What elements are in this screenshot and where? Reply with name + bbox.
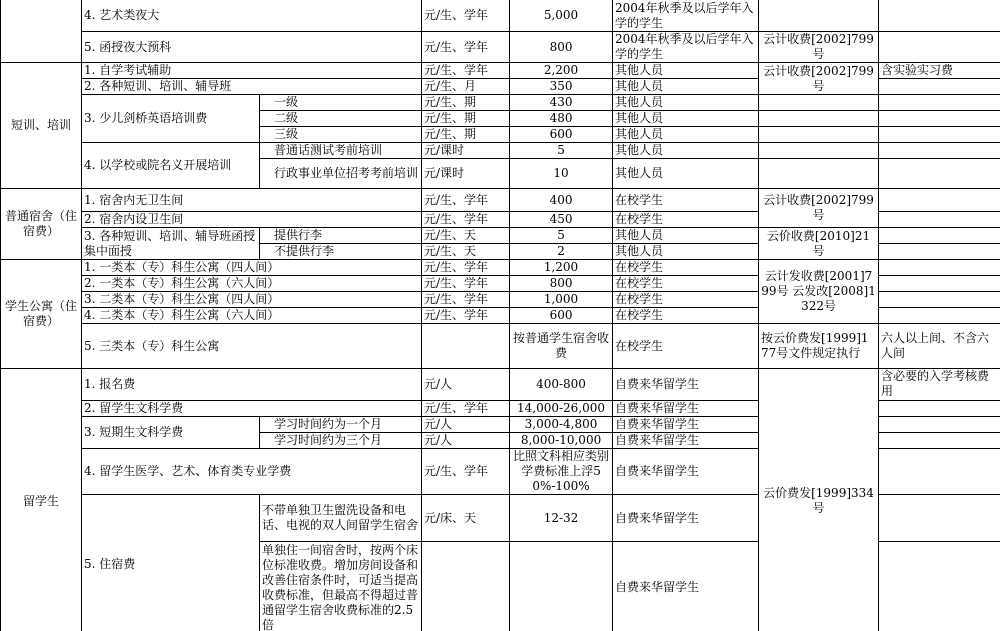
target-cell: 其他人员 <box>613 95 759 111</box>
price-cell: 800 <box>510 32 613 63</box>
unit-cell: 元/课时 <box>422 159 510 189</box>
note-cell <box>879 212 1000 228</box>
doc-cell: 云计收费[2002]799号 <box>759 32 879 63</box>
table-row: 留学生 1. 报名费 元/人 400-800 自费来华留学生 云价费发[1999… <box>1 369 1000 401</box>
price-cell: 2,200 <box>510 63 613 79</box>
note-cell <box>879 143 1000 159</box>
sub-item-cell: 不带单独卫生盥洗设备和电话、电视的双人间留学生宿舍 <box>260 495 422 542</box>
target-cell: 自费来华留学生 <box>613 449 759 495</box>
unit-cell: 元/生、学年 <box>422 308 510 324</box>
doc-cell <box>759 111 879 127</box>
category-cell: 短训、培训 <box>1 63 82 189</box>
table-row: 短训、培训 1. 自学考试辅助 元/生、学年 2,200 其他人员 云计收费[2… <box>1 63 1000 79</box>
doc-cell: 云价费发[1999]334号 <box>759 369 879 631</box>
price-cell: 450 <box>510 212 613 228</box>
sub-item-cell: 一级 <box>260 95 422 111</box>
table-row: 4. 艺术类夜大 元/生、学年 5,000 2004年秋季及以后学年入学的学生 <box>1 0 1000 32</box>
item-cell: 3. 少儿剑桥英语培训费 <box>82 95 260 143</box>
unit-cell: 元/生、学年 <box>422 260 510 276</box>
table-row: 学生公寓（住宿费） 1. 一类本（专）科生公寓（四人间） 元/生、学年 1,20… <box>1 260 1000 276</box>
note-cell <box>879 0 1000 32</box>
item-cell: 1. 自学考试辅助 <box>82 63 422 79</box>
price-cell: 480 <box>510 111 613 127</box>
category-cell: 普通宿舍（住宿费） <box>1 189 82 260</box>
price-cell: 比照文科相应类别学费标准上浮50%-100% <box>510 449 613 495</box>
table-row: 5. 函授夜大预科 元/生、学年 800 2004年秋季及以后学年入学的学生 云… <box>1 32 1000 63</box>
unit-cell: 元/生、学年 <box>422 32 510 63</box>
item-cell: 5. 三类本（专）科生公寓 <box>82 324 422 369</box>
unit-cell: 元/人 <box>422 417 510 433</box>
target-cell: 自费来华留学生 <box>613 495 759 542</box>
target-cell: 在校学生 <box>613 308 759 324</box>
category-cell <box>1 0 82 63</box>
table-row: 4. 以学校或院名义开展培训 普通话测试考前培训 元/课时 5 其他人员 <box>1 143 1000 159</box>
unit-cell: 元/生、学年 <box>422 292 510 308</box>
note-cell <box>879 292 1000 308</box>
item-cell: 1. 宿舍内无卫生间 <box>82 189 422 212</box>
doc-cell <box>759 0 879 32</box>
unit-cell: 元/生、学年 <box>422 63 510 79</box>
note-cell <box>879 401 1000 417</box>
note-cell <box>879 189 1000 212</box>
unit-cell: 元/生、天 <box>422 244 510 260</box>
note-cell <box>879 159 1000 189</box>
category-cell: 学生公寓（住宿费） <box>1 260 82 369</box>
target-cell: 自费来华留学生 <box>613 369 759 401</box>
price-cell: 8,000-10,000 <box>510 433 613 449</box>
target-cell: 在校学生 <box>613 212 759 228</box>
item-cell: 5. 住宿费 <box>82 495 260 631</box>
price-cell: 600 <box>510 308 613 324</box>
note-cell <box>879 95 1000 111</box>
price-cell: 10 <box>510 159 613 189</box>
note-cell <box>879 433 1000 449</box>
unit-cell: 元/生、天 <box>422 228 510 244</box>
note-cell <box>879 127 1000 143</box>
doc-cell <box>759 127 879 143</box>
target-cell: 其他人员 <box>613 159 759 189</box>
unit-cell: 元/人 <box>422 369 510 401</box>
price-cell: 800 <box>510 276 613 292</box>
price-cell: 3,000-4,800 <box>510 417 613 433</box>
unit-cell: 元/生、期 <box>422 127 510 143</box>
note-cell <box>879 417 1000 433</box>
sub-item-cell: 三级 <box>260 127 422 143</box>
sub-item-cell: 学习时间约为三个月 <box>260 433 422 449</box>
table-row: 5. 三类本（专）科生公寓 按普通学生宿舍收费 在校学生 按云价费发[1999]… <box>1 324 1000 369</box>
sub-item-cell: 提供行李 <box>260 228 422 244</box>
item-cell: 2. 留学生文科学费 <box>82 401 422 417</box>
doc-cell: 云计收费[2002]799号 <box>759 189 879 228</box>
sub-item-cell: 不提供行李 <box>260 244 422 260</box>
item-cell: 1. 一类本（专）科生公寓（四人间） <box>82 260 422 276</box>
target-cell: 2004年秋季及以后学年入学的学生 <box>613 32 759 63</box>
item-cell: 5. 函授夜大预科 <box>82 32 422 63</box>
doc-cell: 云计发收费[2001]799号 云发改[2008]1322号 <box>759 260 879 324</box>
item-cell: 4. 以学校或院名义开展培训 <box>82 143 260 189</box>
unit-cell: 元/课时 <box>422 143 510 159</box>
doc-cell: 云计收费[2002]799号 <box>759 63 879 95</box>
item-cell: 4. 艺术类夜大 <box>82 0 422 32</box>
table-row: 3. 各种短训、培训、辅导班函授集中面授 提供行李 元/生、天 5 其他人员 云… <box>1 228 1000 244</box>
price-cell: 14,000-26,000 <box>510 401 613 417</box>
doc-cell <box>759 95 879 111</box>
item-cell: 2. 各种短训、培训、辅导班 <box>82 79 422 95</box>
sub-item-cell: 单独住一间宿舍时，按两个床位标准收费。增加房间设备和改善住宿条件时，可适当提高收… <box>260 542 422 631</box>
note-cell <box>879 308 1000 324</box>
target-cell: 自费来华留学生 <box>613 542 759 631</box>
note-cell <box>879 79 1000 95</box>
target-cell: 在校学生 <box>613 189 759 212</box>
unit-cell: 元/生、学年 <box>422 449 510 495</box>
price-cell: 430 <box>510 95 613 111</box>
item-cell: 1. 报名费 <box>82 369 422 401</box>
price-cell: 2 <box>510 244 613 260</box>
unit-cell: 元/生、期 <box>422 111 510 127</box>
target-cell: 其他人员 <box>613 143 759 159</box>
target-cell: 在校学生 <box>613 260 759 276</box>
item-cell: 3. 短期生文科学费 <box>82 417 260 449</box>
doc-cell: 按云价费发[1999]177号文件规定执行 <box>759 324 879 369</box>
price-cell: 5,000 <box>510 0 613 32</box>
table-row: 普通宿舍（住宿费） 1. 宿舍内无卫生间 元/生、学年 400 在校学生 云计收… <box>1 189 1000 212</box>
target-cell: 其他人员 <box>613 111 759 127</box>
unit-cell: 元/生、学年 <box>422 276 510 292</box>
note-cell <box>879 276 1000 292</box>
target-cell: 其他人员 <box>613 127 759 143</box>
category-cell: 留学生 <box>1 369 82 631</box>
target-cell: 在校学生 <box>613 292 759 308</box>
target-cell: 其他人员 <box>613 63 759 79</box>
note-cell <box>879 111 1000 127</box>
price-cell: 12-32 <box>510 495 613 542</box>
target-cell: 其他人员 <box>613 228 759 244</box>
price-cell <box>510 542 613 631</box>
doc-cell <box>759 159 879 189</box>
note-cell <box>879 260 1000 276</box>
price-cell: 350 <box>510 79 613 95</box>
target-cell: 2004年秋季及以后学年入学的学生 <box>613 0 759 32</box>
unit-cell: 元/人 <box>422 433 510 449</box>
unit-cell <box>422 542 510 631</box>
note-cell <box>879 228 1000 244</box>
table-row: 3. 少儿剑桥英语培训费 一级 元/生、期 430 其他人员 <box>1 95 1000 111</box>
item-cell: 2. 一类本（专）科生公寓（六人间） <box>82 276 422 292</box>
unit-cell: 元/床、天 <box>422 495 510 542</box>
unit-cell: 元/生、学年 <box>422 189 510 212</box>
note-cell: 六人以上间、不含六人间 <box>879 324 1000 369</box>
note-cell <box>879 244 1000 260</box>
price-cell: 400-800 <box>510 369 613 401</box>
unit-cell: 元/生、月 <box>422 79 510 95</box>
price-cell: 600 <box>510 127 613 143</box>
item-cell: 3. 二类本（专）科生公寓（四人间） <box>82 292 422 308</box>
unit-cell <box>422 324 510 369</box>
unit-cell: 元/生、学年 <box>422 401 510 417</box>
target-cell: 其他人员 <box>613 79 759 95</box>
sub-item-cell: 学习时间约为一个月 <box>260 417 422 433</box>
target-cell: 自费来华留学生 <box>613 433 759 449</box>
doc-cell: 云价收费[2010]21号 <box>759 228 879 260</box>
item-cell: 4. 二类本（专）科生公寓（六人间） <box>82 308 422 324</box>
target-cell: 自费来华留学生 <box>613 417 759 433</box>
doc-cell <box>759 143 879 159</box>
note-cell <box>879 32 1000 63</box>
note-cell <box>879 542 1000 631</box>
target-cell: 其他人员 <box>613 244 759 260</box>
unit-cell: 元/生、学年 <box>422 0 510 32</box>
target-cell: 自费来华留学生 <box>613 401 759 417</box>
note-cell: 含实验实习费 <box>879 63 1000 79</box>
sub-item-cell: 普通话测试考前培训 <box>260 143 422 159</box>
note-cell <box>879 449 1000 495</box>
unit-cell: 元/生、期 <box>422 95 510 111</box>
sub-item-cell: 行政事业单位招考考前培训 <box>260 159 422 189</box>
target-cell: 在校学生 <box>613 276 759 292</box>
item-cell: 3. 各种短训、培训、辅导班函授集中面授 <box>82 228 260 260</box>
price-cell: 5 <box>510 228 613 244</box>
price-cell: 1,000 <box>510 292 613 308</box>
note-cell: 含必要的入学考核费用 <box>879 369 1000 401</box>
note-cell <box>879 495 1000 542</box>
unit-cell: 元/生、学年 <box>422 212 510 228</box>
price-cell: 1,200 <box>510 260 613 276</box>
price-cell: 按普通学生宿舍收费 <box>510 324 613 369</box>
fee-schedule-table: 4. 艺术类夜大 元/生、学年 5,000 2004年秋季及以后学年入学的学生 … <box>0 0 1000 631</box>
price-cell: 400 <box>510 189 613 212</box>
item-cell: 4. 留学生医学、艺术、体育类专业学费 <box>82 449 422 495</box>
sub-item-cell: 二级 <box>260 111 422 127</box>
item-cell: 2. 宿舍内设卫生间 <box>82 212 422 228</box>
target-cell: 在校学生 <box>613 324 759 369</box>
price-cell: 5 <box>510 143 613 159</box>
